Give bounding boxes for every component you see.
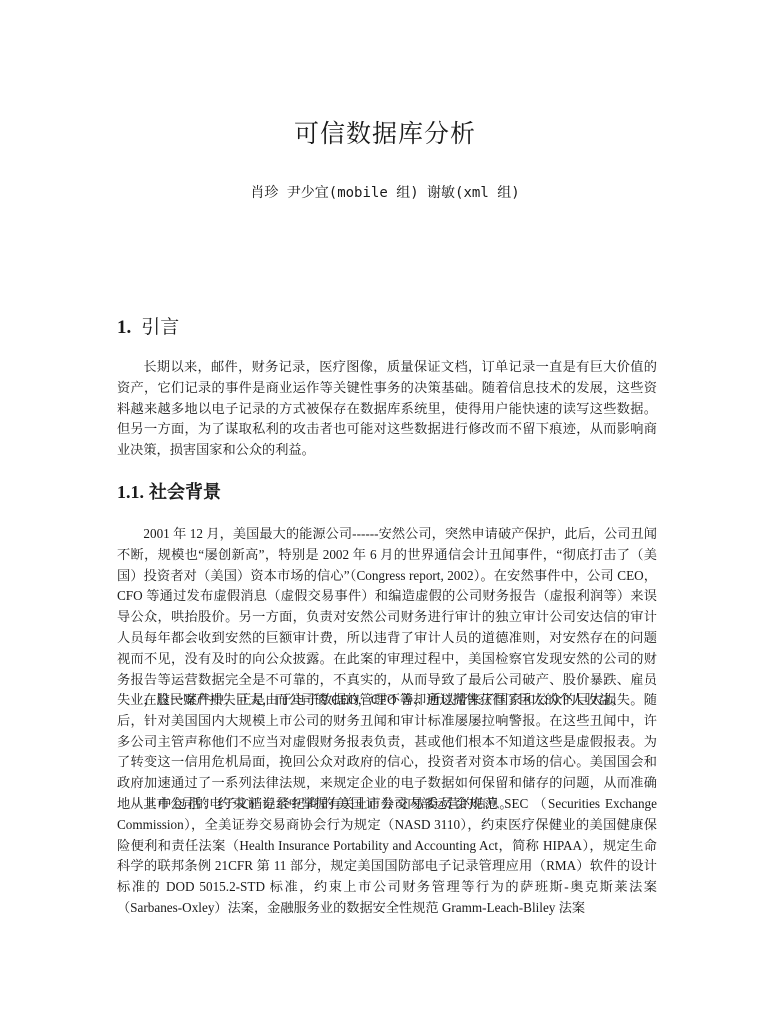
- background-paragraph-1: 2001 年 12 月，美国最大的能源公司------安然公司，突然申请破产保护…: [117, 524, 657, 711]
- subsection-title: 社会背景: [149, 482, 221, 503]
- background-paragraph-3: 其中包括：约束证券经纪商的美国证券交易委员会规范 SEC （Securities…: [117, 794, 657, 919]
- section-heading-introduction: 1.引言: [117, 312, 179, 339]
- subsection-number: 1.1.: [117, 482, 144, 502]
- document-title: 可信数据库分析: [0, 114, 770, 150]
- subsection-heading-social-background: 1.1.社会背景: [117, 478, 221, 504]
- document-page: 可信数据库分析 肖珍 尹少宜(mobile 组) 谢敏(xml 组) 1.引言 …: [0, 0, 770, 1024]
- author-line: 肖珍 尹少宜(mobile 组) 谢敏(xml 组): [0, 182, 770, 202]
- section-number: 1.: [117, 317, 131, 338]
- section-title: 引言: [141, 316, 179, 338]
- intro-paragraph: 长期以来，邮件，财务记录，医疗图像，质量保证文档，订单记录一直是有巨大价值的资产…: [117, 357, 657, 461]
